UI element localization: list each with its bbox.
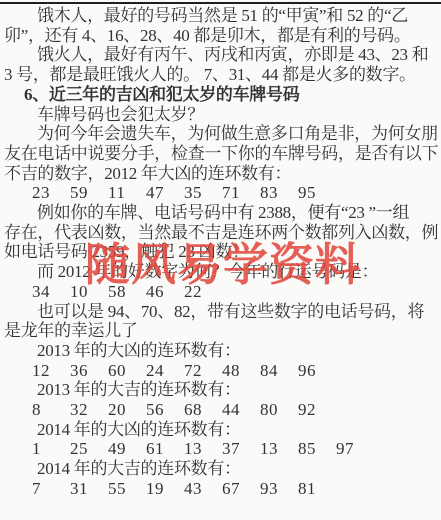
number-value: 49 bbox=[108, 439, 128, 459]
number-value: 96 bbox=[298, 361, 318, 381]
text-line: 友在电话中说要分手，检查一下你的车牌号码，是否有以下 bbox=[4, 144, 438, 164]
number-value: 71 bbox=[222, 183, 242, 203]
number-value: 93 bbox=[260, 479, 280, 499]
number-value: 24 bbox=[146, 361, 166, 381]
text-line: 车牌号码也会犯太岁？ bbox=[4, 105, 438, 125]
number-value: 8 bbox=[32, 400, 52, 420]
number-value: 10 bbox=[70, 282, 90, 302]
number-value: 1 bbox=[32, 439, 52, 459]
number-value: 55 bbox=[108, 479, 128, 499]
number-value: 81 bbox=[298, 479, 318, 499]
number-value: 68 bbox=[184, 400, 204, 420]
number-value: 46 bbox=[146, 282, 166, 302]
number-value: 13 bbox=[260, 439, 280, 459]
number-value: 13 bbox=[184, 439, 204, 459]
number-value: 35 bbox=[184, 183, 204, 203]
number-value: 25 bbox=[70, 439, 90, 459]
number-value: 32 bbox=[70, 400, 90, 420]
text-line: 3 号，都是最旺饿火人的。 7、31、44 都是火多的数字。 bbox=[4, 65, 438, 85]
text-line: 2014 年的大吉的连环数有： bbox=[4, 459, 438, 479]
text-line: 是龙年的幸运儿了 bbox=[4, 321, 438, 341]
number-value: 34 bbox=[32, 282, 52, 302]
number-value: 19 bbox=[146, 479, 166, 499]
number-row: 3410584622 bbox=[4, 282, 438, 302]
top-rule bbox=[0, 2, 441, 4]
number-row: 12549611337138597 bbox=[4, 439, 438, 459]
number-value: 37 bbox=[222, 439, 242, 459]
number-value: 56 bbox=[146, 400, 166, 420]
text-line: 饿火人，最好有丙午、丙戌和丙寅，亦即是 43、23 和 bbox=[4, 45, 438, 65]
text-line: 2014 年的大凶的连环数有： bbox=[4, 420, 438, 440]
text-line: 饿木人，最好的号码当然是 51 的“甲寅”和 52 的“乙 bbox=[4, 6, 438, 26]
number-value: 61 bbox=[146, 439, 166, 459]
document-page: 饿木人，最好的号码当然是 51 的“甲寅”和 52 的“乙卯”，还有 4、16、… bbox=[0, 0, 441, 520]
text-line: 2013 年的大吉的连环数有： bbox=[4, 380, 438, 400]
text-line: 也可以是 94、70、82，带有这些数字的电话号码，将 bbox=[4, 302, 438, 322]
number-value: 58 bbox=[108, 282, 128, 302]
text-line: 例如你的车牌、电话号码中有 2388，便有“23 ”一组 bbox=[4, 203, 438, 223]
number-row: 731551943679381 bbox=[4, 479, 438, 499]
text-line: 不吉的数字，2012 年大凶的连环数有： bbox=[4, 164, 438, 184]
section-heading: 6、近三年的吉凶和犯太岁的车牌号码 bbox=[4, 85, 438, 105]
text-line: 2013 年的大凶的连环数有： bbox=[4, 341, 438, 361]
number-value: 11 bbox=[108, 183, 128, 203]
number-value: 12 bbox=[32, 361, 52, 381]
number-value: 7 bbox=[32, 479, 52, 499]
number-value: 31 bbox=[70, 479, 90, 499]
number-value: 72 bbox=[184, 361, 204, 381]
number-value: 47 bbox=[146, 183, 166, 203]
number-value: 22 bbox=[184, 282, 204, 302]
number-value: 83 bbox=[260, 183, 280, 203]
number-row: 2359114735718395 bbox=[4, 183, 438, 203]
number-value: 23 bbox=[32, 183, 52, 203]
text-line: 为何今年会遗失车，为何做生意多口角是非，为何女朋 bbox=[4, 124, 438, 144]
text-line: 卯”，还有 4、16、28、40 都是卯木，都是有利的号码。 bbox=[4, 26, 438, 46]
number-value: 80 bbox=[260, 400, 280, 420]
number-value: 85 bbox=[298, 439, 318, 459]
number-value: 97 bbox=[336, 439, 356, 459]
number-value: 20 bbox=[108, 400, 128, 420]
number-row: 832205668448092 bbox=[4, 400, 438, 420]
number-value: 92 bbox=[298, 400, 318, 420]
text-line: 而 2012 年的好数字为何？今年的行运号码是： bbox=[4, 262, 438, 282]
number-value: 36 bbox=[70, 361, 90, 381]
number-value: 48 bbox=[222, 361, 242, 381]
text-block: 饿木人，最好的号码当然是 51 的“甲寅”和 52 的“乙卯”，还有 4、16、… bbox=[4, 6, 438, 499]
number-value: 95 bbox=[298, 183, 318, 203]
number-value: 67 bbox=[222, 479, 242, 499]
text-line: 存在，代表凶数，当然最不吉是连环两个数都列入凶数，例 bbox=[4, 223, 438, 243]
number-row: 1236602472488496 bbox=[4, 361, 438, 381]
text-line: 如电话号码 2359，触犯 23 凶数！ bbox=[4, 242, 438, 262]
number-value: 43 bbox=[184, 479, 204, 499]
number-value: 84 bbox=[260, 361, 280, 381]
number-value: 60 bbox=[108, 361, 128, 381]
number-value: 44 bbox=[222, 400, 242, 420]
number-value: 59 bbox=[70, 183, 90, 203]
